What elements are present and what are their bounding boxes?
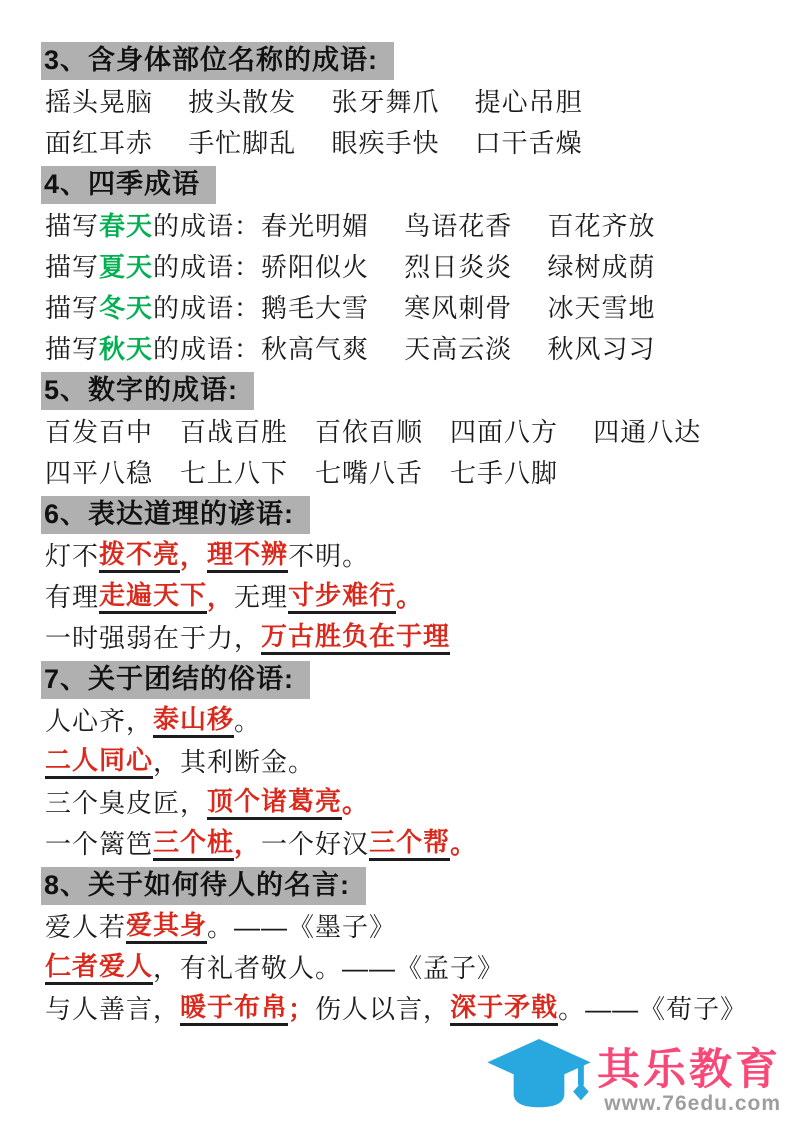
plain-text: 面红耳赤 手忙脚乱 眼疾手快 口干舌燥 bbox=[45, 129, 583, 159]
plain-text: 三个臭皮匠， bbox=[45, 789, 207, 819]
emphasis-phrase: 拨不亮 bbox=[99, 540, 180, 574]
season-word: 春天 bbox=[99, 212, 153, 242]
section-lines: 摇头晃脑 披头散发 张牙舞爪 提心吊胆面红耳赤 手忙脚乱 眼疾手快 口干舌燥 bbox=[45, 82, 755, 164]
footer-logo: 其乐教育 www.76edu.com bbox=[485, 1038, 781, 1116]
text-line: 描写秋天的成语：秋高气爽 天高云淡 秋风习习 bbox=[45, 329, 755, 370]
text-line: 描写夏天的成语：骄阳似火 烈日炎炎 绿树成荫 bbox=[45, 247, 755, 288]
logo-text: 其乐教育 www.76edu.com bbox=[597, 1049, 781, 1116]
text-line: 与人善言，暖于布帛；伤人以言，深于矛戟。——《荀子》 bbox=[45, 989, 755, 1030]
plain-text: 无理 bbox=[234, 583, 288, 613]
plain-text: 描写 bbox=[45, 294, 99, 324]
plain-text: ， bbox=[153, 748, 180, 778]
plain-text: ， bbox=[153, 954, 180, 984]
plain-text: 的成语：春光明媚 鸟语花香 百花齐放 bbox=[153, 212, 655, 242]
plain-text: 有礼者敬人。——《孟子》 bbox=[180, 954, 504, 984]
plain-text: 的成语：鹅毛大雪 寒风刺骨 冰天雪地 bbox=[153, 294, 655, 324]
emphasis-phrase: 寸步难行 bbox=[288, 581, 396, 615]
emphasis-phrase: 。 bbox=[342, 789, 369, 819]
plain-text: 不明。 bbox=[288, 542, 369, 572]
section-header: 8、关于如何待人的名言: bbox=[45, 865, 755, 907]
season-word: 夏天 bbox=[99, 253, 153, 283]
plain-text: 爱人若 bbox=[45, 913, 126, 943]
emphasis-phrase: ， bbox=[207, 583, 234, 613]
plain-text: 与人善言， bbox=[45, 995, 180, 1025]
plain-text: 四平八稳 七上八下 七嘴八舌 七手八脚 bbox=[45, 459, 558, 489]
section-header: 6、表达道理的谚语: bbox=[45, 494, 755, 536]
plain-text: 的成语：骄阳似火 烈日炎炎 绿树成荫 bbox=[153, 253, 655, 283]
emphasis-phrase: ， bbox=[234, 830, 261, 860]
text-line: 面红耳赤 手忙脚乱 眼疾手快 口干舌燥 bbox=[45, 123, 755, 164]
section-title: 3、含身体部位名称的成语: bbox=[41, 42, 394, 81]
emphasis-phrase: 。 bbox=[396, 583, 423, 613]
section-header: 5、数字的成语: bbox=[45, 370, 755, 412]
text-line: 人心齐，泰山移。 bbox=[45, 701, 755, 742]
plain-text: 。 bbox=[234, 707, 261, 737]
text-line: 描写冬天的成语：鹅毛大雪 寒风刺骨 冰天雪地 bbox=[45, 288, 755, 329]
plain-text: 。 bbox=[558, 995, 585, 1025]
section-header: 7、关于团结的俗语: bbox=[45, 659, 755, 701]
plain-text: 描写 bbox=[45, 335, 99, 365]
text-line: 有理走遍天下，无理寸步难行。 bbox=[45, 577, 755, 618]
section-title: 6、表达道理的谚语: bbox=[41, 496, 310, 535]
plain-text: 人心齐， bbox=[45, 707, 153, 737]
season-word: 冬天 bbox=[99, 294, 153, 324]
section-lines: 爱人若爱其身。——《墨子》仁者爱人，有礼者敬人。——《孟子》与人善言，暖于布帛；… bbox=[45, 907, 755, 1030]
plain-text: 一时强弱在于力， bbox=[45, 624, 261, 654]
section-title: 5、数字的成语: bbox=[41, 372, 254, 411]
text-line: 仁者爱人，有礼者敬人。——《孟子》 bbox=[45, 948, 755, 989]
plain-text: 一个篱笆 bbox=[45, 830, 153, 860]
text-line: 百发百中 百战百胜 百依百顺 四面八方 四通八达 bbox=[45, 412, 755, 453]
plain-text: 描写 bbox=[45, 212, 99, 242]
emphasis-phrase: 走遍天下 bbox=[99, 581, 207, 615]
plain-text: 百发百中 百战百胜 百依百顺 四面八方 四通八达 bbox=[45, 418, 701, 448]
plain-text: 描写 bbox=[45, 253, 99, 283]
section-title: 8、关于如何待人的名言: bbox=[41, 867, 366, 906]
text-line: 二人同心，其利断金。 bbox=[45, 742, 755, 783]
section-title: 4、四季成语 bbox=[41, 166, 216, 205]
section: 4、四季成语 描写春天的成语：春光明媚 鸟语花香 百花齐放描写夏天的成语：骄阳似… bbox=[45, 164, 755, 370]
section-title: 7、关于团结的俗语: bbox=[41, 661, 310, 700]
plain-text: 其利断金。 bbox=[180, 748, 315, 778]
document-body: 3、含身体部位名称的成语: 摇头晃脑 披头散发 张牙舞爪 提心吊胆面红耳赤 手忙… bbox=[0, 0, 793, 1030]
plain-text: 的成语：秋高气爽 天高云淡 秋风习习 bbox=[153, 335, 655, 365]
section-lines: 描写春天的成语：春光明媚 鸟语花香 百花齐放描写夏天的成语：骄阳似火 烈日炎炎 … bbox=[45, 206, 755, 370]
emphasis-phrase: 深于矛戟 bbox=[450, 993, 558, 1027]
section: 7、关于团结的俗语: 人心齐，泰山移。二人同心，其利断金。三个臭皮匠，顶个诸葛亮… bbox=[45, 659, 755, 865]
emphasis-phrase: 爱其身 bbox=[126, 911, 207, 945]
text-line: 一时强弱在于力，万古胜负在于理 bbox=[45, 618, 755, 659]
plain-text: 。——《墨子》 bbox=[207, 913, 396, 943]
section: 6、表达道理的谚语: 灯不拨不亮，理不辨不明。有理走遍天下，无理寸步难行。一时强… bbox=[45, 494, 755, 659]
emphasis-phrase: 理不辨 bbox=[207, 540, 288, 574]
text-line: 摇头晃脑 披头散发 张牙舞爪 提心吊胆 bbox=[45, 82, 755, 123]
emphasis-phrase: 万古胜负在于理 bbox=[261, 622, 450, 656]
section: 5、数字的成语: 百发百中 百战百胜 百依百顺 四面八方 四通八达四平八稳 七上… bbox=[45, 370, 755, 494]
text-line: 一个篱笆三个桩，一个好汉三个帮。 bbox=[45, 824, 755, 865]
logo-brand-name: 其乐教育 bbox=[597, 1049, 781, 1092]
plain-text: 灯不 bbox=[45, 542, 99, 572]
text-line: 灯不拨不亮，理不辨不明。 bbox=[45, 536, 755, 577]
text-line: 三个臭皮匠，顶个诸葛亮。 bbox=[45, 783, 755, 824]
text-line: 爱人若爱其身。——《墨子》 bbox=[45, 907, 755, 948]
emphasis-phrase: 仁者爱人 bbox=[45, 952, 153, 986]
plain-text: ——《荀子》 bbox=[585, 995, 747, 1025]
plain-text: 摇头晃脑 披头散发 张牙舞爪 提心吊胆 bbox=[45, 88, 583, 118]
season-word: 秋天 bbox=[99, 335, 153, 365]
plain-text: 伤人以言， bbox=[315, 995, 450, 1025]
emphasis-phrase: ； bbox=[288, 995, 315, 1025]
section-lines: 人心齐，泰山移。二人同心，其利断金。三个臭皮匠，顶个诸葛亮。一个篱笆三个桩，一个… bbox=[45, 701, 755, 865]
text-line: 描写春天的成语：春光明媚 鸟语花香 百花齐放 bbox=[45, 206, 755, 247]
logo-website-url: www.76edu.com bbox=[604, 1092, 781, 1116]
emphasis-phrase: 三个桩 bbox=[153, 828, 234, 862]
plain-text: 一个好汉 bbox=[261, 830, 369, 860]
emphasis-phrase: 三个帮 bbox=[369, 828, 450, 862]
section-lines: 灯不拨不亮，理不辨不明。有理走遍天下，无理寸步难行。一时强弱在于力，万古胜负在于… bbox=[45, 536, 755, 659]
emphasis-phrase: 顶个诸葛亮 bbox=[207, 787, 342, 821]
emphasis-phrase: 暖于布帛 bbox=[180, 993, 288, 1027]
section-header: 4、四季成语 bbox=[45, 164, 755, 206]
section-lines: 百发百中 百战百胜 百依百顺 四面八方 四通八达四平八稳 七上八下 七嘴八舌 七… bbox=[45, 412, 755, 494]
text-line: 四平八稳 七上八下 七嘴八舌 七手八脚 bbox=[45, 453, 755, 494]
graduation-cap-icon bbox=[485, 1038, 593, 1116]
plain-text: 有理 bbox=[45, 583, 99, 613]
section: 8、关于如何待人的名言: 爱人若爱其身。——《墨子》仁者爱人，有礼者敬人。——《… bbox=[45, 865, 755, 1030]
section: 3、含身体部位名称的成语: 摇头晃脑 披头散发 张牙舞爪 提心吊胆面红耳赤 手忙… bbox=[45, 40, 755, 164]
section-header: 3、含身体部位名称的成语: bbox=[45, 40, 755, 82]
emphasis-phrase: ， bbox=[180, 542, 207, 572]
emphasis-phrase: 二人同心 bbox=[45, 746, 153, 780]
emphasis-phrase: 泰山移 bbox=[153, 705, 234, 739]
emphasis-phrase: 。 bbox=[450, 830, 477, 860]
